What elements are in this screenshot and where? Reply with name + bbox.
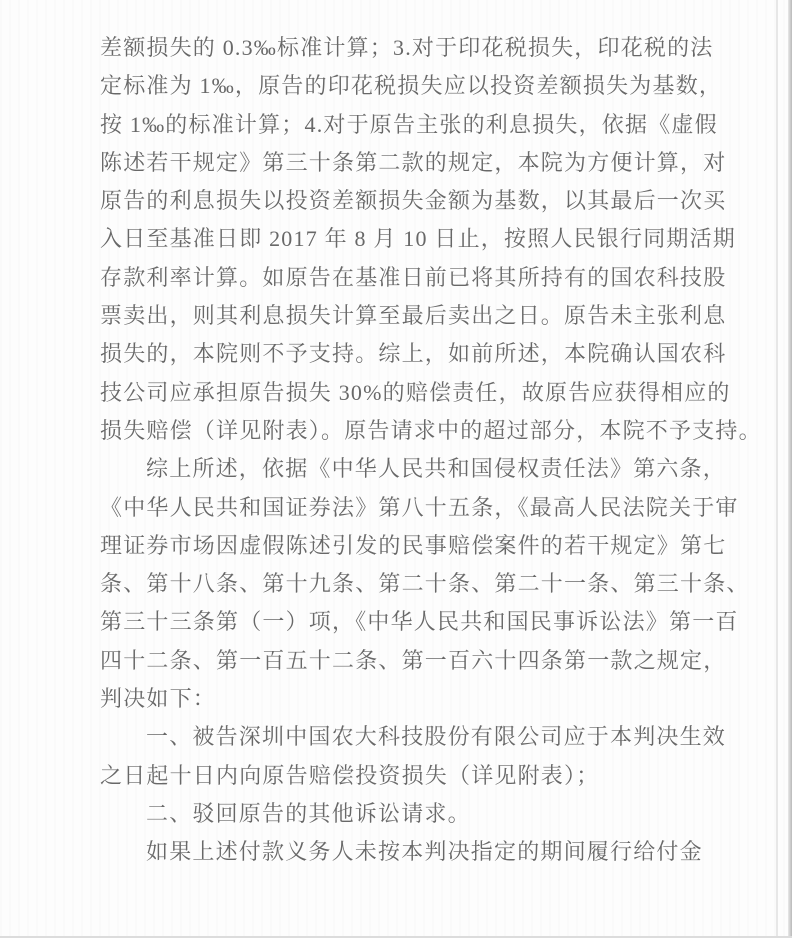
text-line-judgment-item-2: 二、驳回原告的其他诉讼请求。 bbox=[100, 795, 700, 833]
text-line: 第三十三条第（一）项，《中华人民共和国民事诉讼法》第一百 bbox=[100, 603, 700, 641]
text-line-paragraph-start: 如果上述付款义务人未按本判决指定的期间履行给付金 bbox=[100, 833, 700, 871]
text-line: 判决如下： bbox=[100, 680, 700, 718]
text-line: 损失赔偿（详见附表）。原告请求中的超过部分，本院不予支持。 bbox=[100, 412, 700, 450]
text-line: 差额损失的 0.3‰标准计算；3.对于印花税损失，印花税的法 bbox=[100, 29, 700, 67]
scan-page-right-edge bbox=[788, 0, 792, 938]
text-line: 陈述若干规定》第三十条第二款的规定，本院为方便计算，对 bbox=[100, 144, 700, 182]
text-line: 入日至基准日即 2017 年 8 月 10 日止，按照人民银行同期活期 bbox=[100, 220, 700, 258]
scan-artifact-vertical-line bbox=[776, 0, 778, 938]
text-line: 按 1‰的标准计算；4.对于原告主张的利息损失，依据《虚假 bbox=[100, 106, 700, 144]
text-line: 之日起十日内向原告赔偿投资损失（详见附表）； bbox=[100, 757, 700, 795]
text-line-judgment-item-1: 一、被告深圳中国农大科技股份有限公司应于本判决生效 bbox=[100, 718, 700, 756]
text-line: 票卖出，则其利息损失计算至最后卖出之日。原告未主张利息 bbox=[100, 297, 700, 335]
text-line: 《中华人民共和国证券法》第八十五条，《最高人民法院关于审 bbox=[100, 489, 700, 527]
text-line: 定标准为 1‰，原告的印花税损失应以投资差额损失为基数， bbox=[100, 67, 700, 105]
text-line: 存款利率计算。如原告在基准日前已将其所持有的国农科技股 bbox=[100, 259, 700, 297]
judgment-text-block: 差额损失的 0.3‰标准计算；3.对于印花税损失，印花税的法 定标准为 1‰，原… bbox=[100, 29, 700, 872]
text-line: 技公司应承担原告损失 30%的赔偿责任，故原告应获得相应的 bbox=[100, 374, 700, 412]
document-page: 差额损失的 0.3‰标准计算；3.对于印花税损失，印花税的法 定标准为 1‰，原… bbox=[0, 0, 792, 938]
text-line: 原告的利息损失以投资差额损失金额为基数，以其最后一次买 bbox=[100, 182, 700, 220]
text-line: 损失的，本院则不予支持。综上，如前所述，本院确认国农科 bbox=[100, 335, 700, 373]
text-line: 理证券市场因虚假陈述引发的民事赔偿案件的若干规定》第七 bbox=[100, 527, 700, 565]
text-line: 四十二条、第一百五十二条、第一百六十四条第一款之规定， bbox=[100, 642, 700, 680]
text-line: 条、第十八条、第十九条、第二十条、第二十一条、第三十条、 bbox=[100, 565, 700, 603]
text-line-paragraph-start: 综上所述，依据《中华人民共和国侵权责任法》第六条， bbox=[100, 450, 700, 488]
